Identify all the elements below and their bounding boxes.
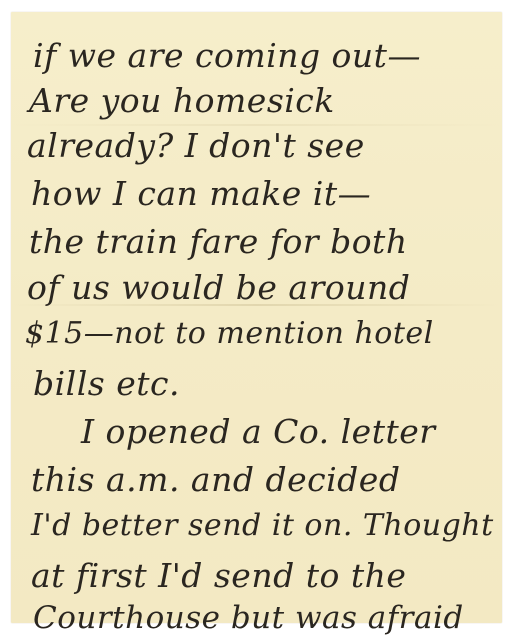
text-line: I'd better send it on. Thought [31, 508, 494, 543]
text-line: how I can make it— [31, 174, 371, 213]
letter-page: if we are coming out— Are you homesick a… [11, 12, 502, 623]
text-line: Courthouse but was afraid [33, 600, 464, 635]
text-line: bills etc. [33, 364, 180, 403]
text-line: at first I'd send to the [31, 556, 406, 595]
text-line: I opened a Co. letter [81, 412, 436, 451]
text-line: already? I don't see [27, 126, 365, 165]
text-line: $15—not to mention hotel [25, 316, 434, 351]
text-line: if we are coming out— [33, 36, 421, 75]
text-line: this a.m. and decided [31, 460, 400, 499]
text-line: the train fare for both [29, 222, 408, 261]
text-line: of us would be around [27, 268, 410, 307]
text-line: Are you homesick [29, 81, 335, 120]
